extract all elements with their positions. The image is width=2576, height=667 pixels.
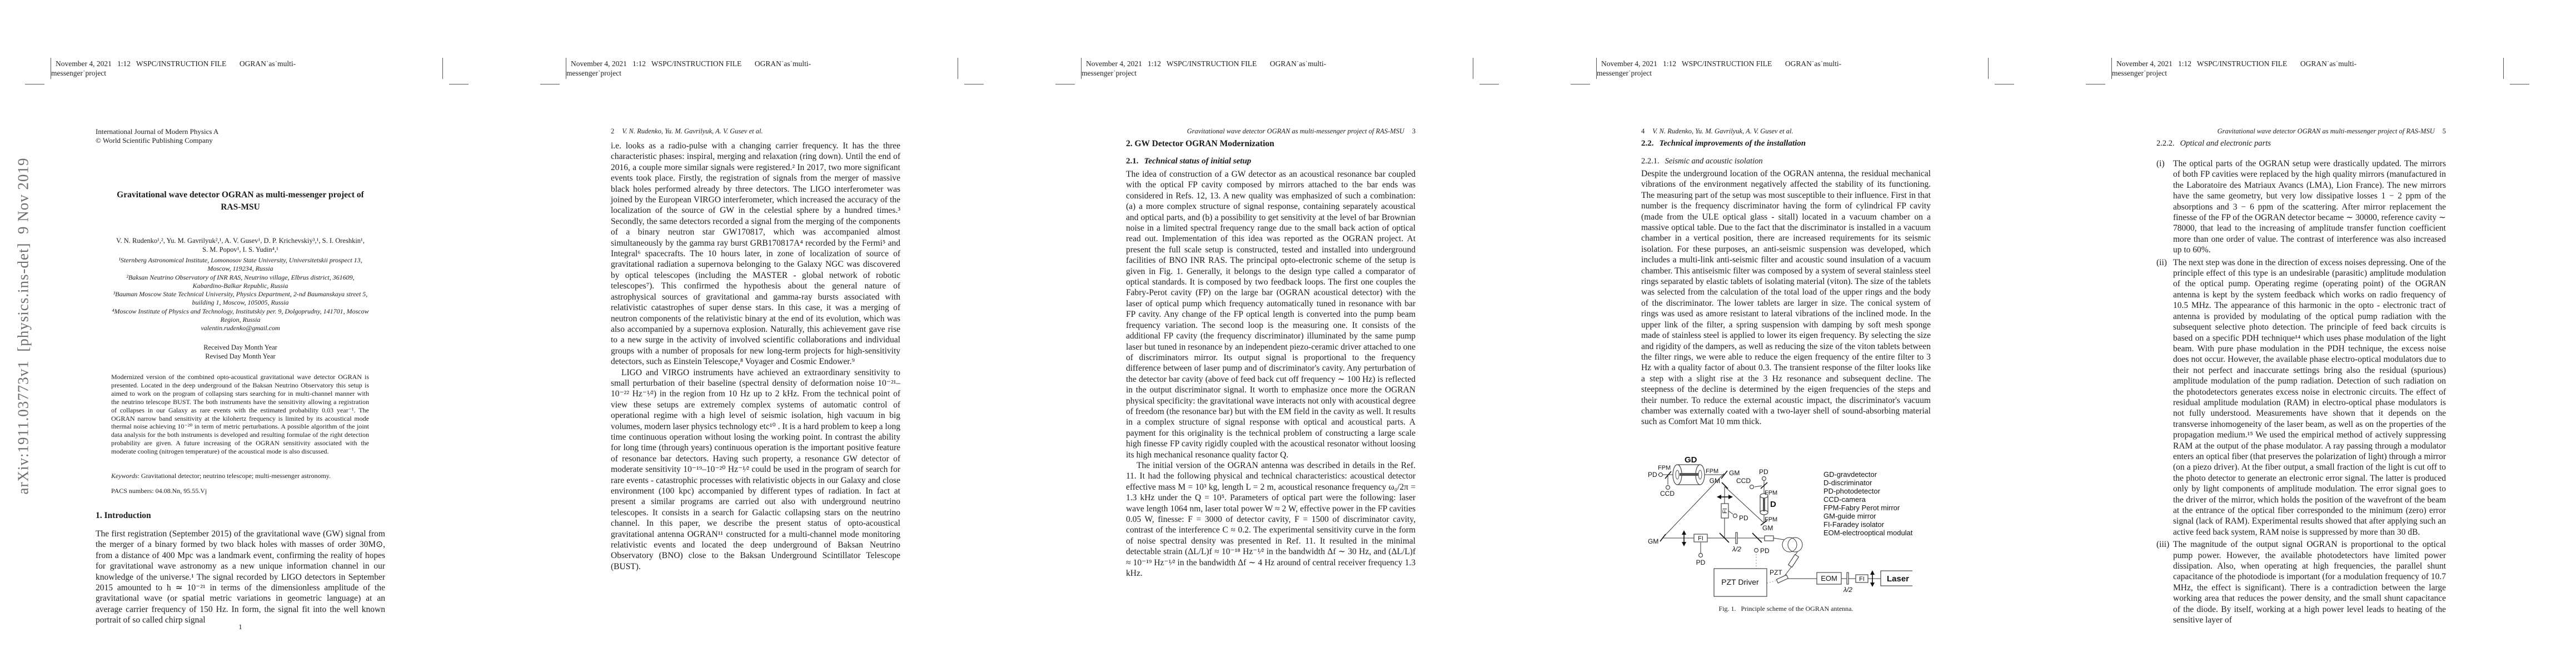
fpm-label: FPM xyxy=(1706,468,1718,475)
crop-mark xyxy=(449,84,469,84)
pd-label: PD xyxy=(1739,514,1748,522)
subsubsection-title: Optical and electronic parts xyxy=(2180,139,2271,148)
file-header-line1: November 4, 2021 1:12 WSPC/INSTRUCTION F… xyxy=(571,59,811,68)
gd-label: GD xyxy=(1685,455,1697,465)
subsection-number: 2.2. xyxy=(1641,139,1654,148)
subsubsection-heading-2-2-2: 2.2.2.Optical and electronic parts xyxy=(2156,139,2446,148)
figure-1-ogran-scheme: GD FPM FPM PD CCD GM GM FI PD GM xyxy=(1623,427,1912,604)
subsubsection-title: Seismic and acoustic isolation xyxy=(1665,157,1763,166)
fpm-label: FPM xyxy=(1658,465,1671,471)
legend-item: GM-guide mirror xyxy=(1823,512,1876,520)
crop-mark xyxy=(51,58,51,79)
running-head-page-number: 5 xyxy=(2443,127,2446,135)
crop-mark xyxy=(2510,84,2529,84)
half-wave-plate xyxy=(1736,532,1737,544)
legend-item: CCD-camera xyxy=(1823,495,1866,504)
journal-name: International Journal of Modern Physics … xyxy=(96,127,218,136)
running-head-page-number: 4 xyxy=(1641,127,1645,135)
fiber-segment xyxy=(1788,555,1799,568)
running-head: Gravitational wave detector OGRAN as mul… xyxy=(1126,127,1416,136)
eom-label: EOM xyxy=(1821,574,1837,583)
gm-label: GM xyxy=(1648,537,1658,545)
affiliation-line: building 1, Moscow, 105005, Russia xyxy=(96,298,385,307)
fiber-loop xyxy=(1788,537,1802,552)
pacs-line: PACS numbers: 04.08.Nn, 95.55.Vj xyxy=(111,487,369,495)
running-head-title: Gravitational wave detector OGRAN as mul… xyxy=(2218,127,2435,135)
author-email: valentin.rudenko@gmail.com xyxy=(96,324,385,332)
fiber-coupler xyxy=(1765,536,1773,541)
file-header-line1: November 4, 2021 1:12 WSPC/INSTRUCTION F… xyxy=(1086,59,1326,68)
subsubsection-number: 2.2.2. xyxy=(2156,139,2175,148)
half-wave-label: λ/2 xyxy=(1732,545,1741,553)
list-item: (iii) The magnitude of the output signal… xyxy=(2156,539,2446,625)
legend-item: FPM-Fabry Perot mirror xyxy=(1823,504,1900,512)
crop-mark xyxy=(1473,58,1473,79)
crop-mark xyxy=(2111,58,2112,79)
body-text: i.e. looks as a radio-pulse with a chang… xyxy=(611,141,900,572)
affiliations: ¹Sternberg Astronomical Institute, Lomon… xyxy=(96,256,385,333)
arxiv-stamp: arXiv:1911.03773v1 [physics.ins-det] 9 N… xyxy=(15,143,32,510)
laser-label: Laser xyxy=(1887,574,1909,584)
paragraph: The initial version of the OGRAN antenna… xyxy=(1126,460,1416,579)
legend-item: GD-gravdetector xyxy=(1823,470,1877,479)
page-4: November 4, 2021 1:12 WSPC/INSTRUCTION F… xyxy=(1546,0,2061,667)
subsubsection-heading-2-2-1: 2.2.1.Seismic and acoustic isolation xyxy=(1641,157,1931,166)
figure-legend: GD-gravdetector D-discriminator PD-photo… xyxy=(1823,470,1912,537)
file-header-line2: messenger˙project xyxy=(566,69,621,78)
list-item-text: The magnitude of the output signal OGRAN… xyxy=(2173,539,2446,625)
gravdetector-cylinder xyxy=(1673,465,1705,485)
revised-date: Revised Day Month Year xyxy=(96,352,385,361)
subsection-title: Technical status of initial setup xyxy=(1144,157,1252,166)
paper-title: Gravitational wave detector OGRAN as mul… xyxy=(96,189,385,213)
crop-mark xyxy=(1055,84,1075,84)
file-header-line2: messenger˙project xyxy=(51,69,106,78)
pd-label: PD xyxy=(1696,559,1706,566)
page-5: November 4, 2021 1:12 WSPC/INSTRUCTION F… xyxy=(2061,0,2576,667)
crop-mark xyxy=(1479,84,1499,84)
crop-mark xyxy=(958,58,958,79)
legend-item: EOM-electrooptical modulator xyxy=(1823,529,1912,537)
paper-title-line1: Gravitational wave detector OGRAN as mul… xyxy=(96,189,385,201)
photodetector-icon xyxy=(1659,473,1663,477)
page-number: 1 xyxy=(96,623,385,631)
paragraph: i.e. looks as a radio-pulse with a chang… xyxy=(611,141,900,367)
file-header-line1: November 4, 2021 1:12 WSPC/INSTRUCTION F… xyxy=(1601,59,1841,68)
file-header-line2: messenger˙project xyxy=(1597,69,1652,78)
file-header-line2: messenger˙project xyxy=(2112,69,2167,78)
running-head-title: Gravitational wave detector OGRAN as mul… xyxy=(1187,127,1404,135)
file-header-line1: November 4, 2021 1:12 WSPC/INSTRUCTION F… xyxy=(2116,59,2356,68)
ccd-label: CCD xyxy=(1736,477,1751,485)
body-text: (i) The optical parts of the OGRAN setup… xyxy=(2156,157,2446,625)
crop-mark xyxy=(442,58,443,79)
paragraph: The first registration (September 2015) … xyxy=(96,529,385,626)
page-3: November 4, 2021 1:12 WSPC/INSTRUCTION F… xyxy=(1030,0,1546,667)
crop-mark xyxy=(1596,58,1597,79)
gm-label: GM xyxy=(1710,477,1720,485)
pd-label: PD xyxy=(1760,547,1770,555)
pd-label: PD xyxy=(1759,468,1768,476)
legend-item: D-discriminator xyxy=(1823,479,1872,487)
running-head-authors: V. N. Rudenko, Yu. M. Gavrilyuk, A. V. G… xyxy=(1652,127,1793,135)
fpm-label: FPM xyxy=(1765,490,1777,496)
pzt-label: PZT xyxy=(1770,569,1782,576)
subsubsection-number: 2.2.1. xyxy=(1641,157,1660,166)
list-item-text: The optical parts of the OGRAN setup wer… xyxy=(2173,158,2446,256)
running-head: Gravitational wave detector OGRAN as mul… xyxy=(2156,127,2446,136)
affiliation-line: Kabardino-Balkar Republic, Russia xyxy=(96,282,385,290)
affiliation-line: Moscow, 119234, Russia xyxy=(96,265,385,273)
fi-label: FI xyxy=(1698,535,1703,542)
figure-caption: Fig. 1. Principle scheme of the OGRAN an… xyxy=(1641,605,1931,613)
legend-item: PD-photodetector xyxy=(1823,487,1881,495)
journal-copyright: © World Scientific Publishing Company xyxy=(96,136,213,145)
ccd-icon xyxy=(1750,485,1754,489)
keywords-text: : Gravitational detector; neutrino teles… xyxy=(138,472,331,480)
affiliation-line: ⁴Moscow Institute of Physics and Technol… xyxy=(96,307,385,316)
ogran-scheme-diagram: GD FPM FPM PD CCD GM GM FI PD GM xyxy=(1623,427,1912,604)
running-head: 2V. N. Rudenko, Yu. M. Gavrilyuk, A. V. … xyxy=(611,127,900,136)
screenshot-root: { "arxiv_stamp": "arXiv:1911.03773v1 [ph… xyxy=(0,0,2576,667)
pzt-driver-label: PZT Driver xyxy=(1721,578,1759,586)
photodetector-icon xyxy=(1755,549,1758,552)
running-head: 4V. N. Rudenko, Yu. M. Gavrilyuk, A. V. … xyxy=(1641,127,1931,136)
body-text: The idea of construction of a GW detecto… xyxy=(1126,169,1416,579)
list-item: (i) The optical parts of the OGRAN setup… xyxy=(2156,158,2446,256)
authors: V. N. Rudenko¹,², Yu. M. Gavrilyuk²,¹, A… xyxy=(96,236,385,254)
affiliation-line: ³Bauman Moscow State Technical Universit… xyxy=(96,290,385,298)
pd-label: PD xyxy=(1648,471,1657,479)
authors-line2: S. M. Popov¹, I. S. Yudin⁴,¹ xyxy=(96,245,385,254)
list-item-text: The next step was done in the direction … xyxy=(2173,257,2446,538)
file-header-line1: November 4, 2021 1:12 WSPC/INSTRUCTION F… xyxy=(56,59,296,68)
crop-mark xyxy=(964,84,984,84)
subsection-number: 2.1. xyxy=(1126,157,1139,166)
received-date: Received Day Month Year xyxy=(96,343,385,352)
photodetector-icon xyxy=(1762,477,1766,481)
crop-mark xyxy=(1571,84,1590,84)
affiliation-line: ²Baksan Neutrino Observatory of INR RAS,… xyxy=(96,273,385,282)
crop-mark xyxy=(566,58,566,79)
running-head-page-number: 3 xyxy=(1412,127,1416,135)
list-marker: (iii) xyxy=(2156,539,2173,625)
subsection-title: Technical improvements of the installati… xyxy=(1660,139,1806,148)
crop-mark xyxy=(2086,84,2105,84)
affiliation-line: ¹Sternberg Astronomical Institute, Lomon… xyxy=(96,256,385,265)
subsection-heading-2-2: 2.2.Technical improvements of the instal… xyxy=(1641,139,1931,148)
fi-label: FI xyxy=(1722,508,1728,514)
running-head-authors: V. N. Rudenko, Yu. M. Gavrilyuk, A. V. G… xyxy=(622,127,763,135)
paragraph: LIGO and VIRGO instruments have achieved… xyxy=(611,367,900,573)
list-marker: (ii) xyxy=(2156,257,2173,538)
crop-mark xyxy=(1995,84,2014,84)
list-item: (ii) The next step was done in the direc… xyxy=(2156,257,2446,538)
legend-item: FI-Faradey isolator xyxy=(1823,520,1885,529)
fiber-loop xyxy=(1782,537,1797,552)
ccd-label: CCD xyxy=(1660,490,1675,497)
photodetector-icon xyxy=(1733,514,1737,518)
page-1: arXiv:1911.03773v1 [physics.ins-det] 9 N… xyxy=(0,0,515,667)
crop-mark xyxy=(1988,58,1989,79)
body-text: Despite the underground location of the … xyxy=(1641,168,1931,427)
photodetector-icon xyxy=(1699,554,1703,558)
crop-mark xyxy=(1081,58,1082,79)
paper-title-line2: RAS-MSU xyxy=(96,201,385,213)
list-marker: (i) xyxy=(2156,158,2173,256)
running-head-page-number: 2 xyxy=(611,127,614,135)
intro-text: The first registration (September 2015) … xyxy=(96,529,385,626)
paragraph: The idea of construction of a GW detecto… xyxy=(1126,169,1416,460)
discriminator-cylinder xyxy=(1760,494,1768,515)
page-2: November 4, 2021 1:12 WSPC/INSTRUCTION F… xyxy=(515,0,1030,667)
half-wave-label: λ/2 xyxy=(1843,586,1852,594)
half-wave-plate xyxy=(1847,573,1848,584)
fi-label: FI xyxy=(1859,576,1865,583)
fpm-label: FPM xyxy=(1765,516,1777,523)
crop-mark xyxy=(540,84,560,84)
subsection-heading-2-1: 2.1.Technical status of initial setup xyxy=(1126,157,1416,166)
ccd-icon xyxy=(1666,486,1670,490)
section-heading-introduction: 1. Introduction xyxy=(96,511,385,521)
section-heading-modernization: 2. GW Detector OGRAN Modernization xyxy=(1126,139,1416,149)
gm-label: GM xyxy=(1729,469,1740,477)
affiliation-line: Region, Russia xyxy=(96,316,385,324)
d-label: D xyxy=(1770,500,1776,509)
keywords-label: Keywords xyxy=(111,472,138,480)
crop-mark xyxy=(2503,58,2504,79)
gm-label: GM xyxy=(1762,524,1773,532)
authors-line1: V. N. Rudenko¹,², Yu. M. Gavrilyuk²,¹, A… xyxy=(96,236,385,245)
keywords-line: Keywords: Gravitational detector; neutri… xyxy=(111,472,369,480)
crop-mark xyxy=(25,84,44,84)
file-header-line2: messenger˙project xyxy=(1082,69,1137,78)
paragraph: Despite the underground location of the … xyxy=(1641,168,1931,427)
abstract: Modernized version of the combined opto-… xyxy=(111,373,369,456)
